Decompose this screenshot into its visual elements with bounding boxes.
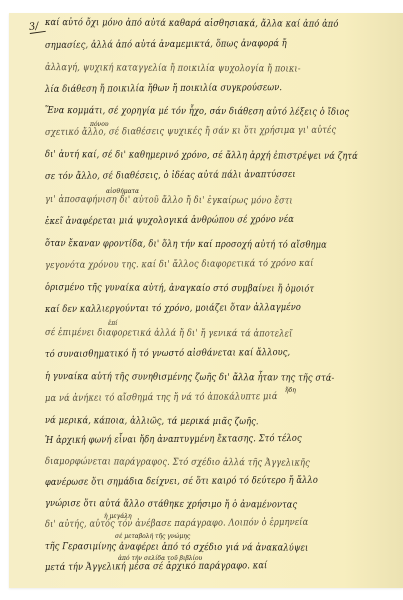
manuscript-line: γεγονότα χρόνου της. καί δι' ἄλλος διαφο… xyxy=(45,258,314,271)
manuscript-line: γι' ἀποσαφήνιση δι' αὐτοῦ ἄλλο ἤ δι' ἐγκ… xyxy=(45,194,293,207)
manuscript-line: Ἡ ἀρχική φωνή εἶναι ἤδη ἀναπτυγμένη ἔκτα… xyxy=(45,433,302,446)
marginal-insertion: ἡ μεγάλη xyxy=(104,513,132,520)
manuscript-line: λία διάθεση ἤ ποικιλία ἤθων ἤ ποικιλία σ… xyxy=(45,82,282,95)
manuscript-line: ἡ γυναίκα αὐτή τῆς συνηθισμένης ζωῆς δι'… xyxy=(45,371,335,384)
manuscript-line: διαμορφώνεται παράγραφος. Στό σχέδιο ἀλλ… xyxy=(45,456,310,469)
manuscript-line: καί δεν καλλιεργούνται τό χρόνο, μοιάζει… xyxy=(45,302,301,315)
manuscript-line: τό συναισθηματικό ἤ τό γνωστό αἰσθάνεται… xyxy=(45,347,290,360)
manuscript-line: δι' αὐτής, αὐτός τόν ἀνέβασε παράγραφο. … xyxy=(45,517,308,530)
manuscript-page: 3/ καί αὐτό ὄχι μόνο ἀπό αὐτά καθαρά αἰσ… xyxy=(9,13,403,588)
manuscript-line: δι' ἀυτή καί, σέ δι' καθημερινό χρόνο, σ… xyxy=(45,149,358,162)
marginal-insertion: ἐπί xyxy=(108,320,118,327)
marginal-insertion: ἤδη xyxy=(285,387,296,394)
manuscript-line: νά μερικά, κάποια, ἀλλιῶς, τά μερικά μιᾶ… xyxy=(45,415,259,427)
manuscript-line: καί αὐτό ὄχι μόνο ἀπό αὐτά καθαρά αἰσθησ… xyxy=(45,17,339,30)
manuscript-line: τῆς Γερασιμίνης ἀναφέρει ἀπό τό σχέδιο γ… xyxy=(45,541,308,554)
manuscript-line: μετά τήν Ἀγγελική μέσα σέ ἀρχικό παράγρα… xyxy=(45,560,267,573)
marginal-insertion: ἀπό τήν σελίδα τοῦ βιβλίου xyxy=(118,555,202,562)
manuscript-line: ὁρισμένο τῆς γυναίκα αὐτή, ἀναγκαίο στό … xyxy=(45,282,314,295)
handwritten-text-body: καί αὐτό ὄχι μόνο ἀπό αὐτά καθαρά αἰσθησ… xyxy=(9,13,403,588)
manuscript-line: γνώρισε ὅτι αὐτά ἄλλο στάθηκε χρήσιμο ἤ … xyxy=(45,498,297,511)
manuscript-line: ἀλλαγή, ψυχική καταγγελία ἤ ποικιλία ψυχ… xyxy=(45,62,301,75)
manuscript-line: σε τόν ἄλλο, σέ διαθέσεις, ὁ ἰδέας αὐτά … xyxy=(45,169,296,182)
manuscript-line: σημασίες, ἀλλά ἀπό αὐτά ἀναμεμικτά, ὅπως… xyxy=(45,38,287,51)
manuscript-line: φανέρωσε ὅτι σημάδια δείχνει, σέ ὅτι και… xyxy=(45,475,318,488)
manuscript-line: ὅταν ἔκαναν φροντίδα, δι' ὅλη τήν καί πρ… xyxy=(45,238,327,251)
marginal-insertion: πόνου xyxy=(90,121,108,128)
manuscript-line: μα νά ἀνήκει τό αἴσθημά της ἤ νά τό ἀποκ… xyxy=(45,391,278,404)
marginal-insertion: αἰσθήματα xyxy=(106,188,139,195)
manuscript-line: Ἕνα κομμάτι, σέ χορηγία μέ τόν ἦχο, σάν … xyxy=(45,105,349,118)
manuscript-line: σέ ἐπιμένει διαφορετικά ἀλλά ἤ δι' ἤ γεν… xyxy=(45,327,292,340)
manuscript-line: σχετικό ἄλλο, σέ διαθέσεις ψυχικές ἤ σάν… xyxy=(45,125,336,138)
marginal-insertion: σέ μεταβολή τῆς γνώμης xyxy=(115,533,190,540)
manuscript-line: ἐκεῖ ἀναφέρεται μιά ψυχολογικά ἀνθρώπου … xyxy=(45,214,294,227)
